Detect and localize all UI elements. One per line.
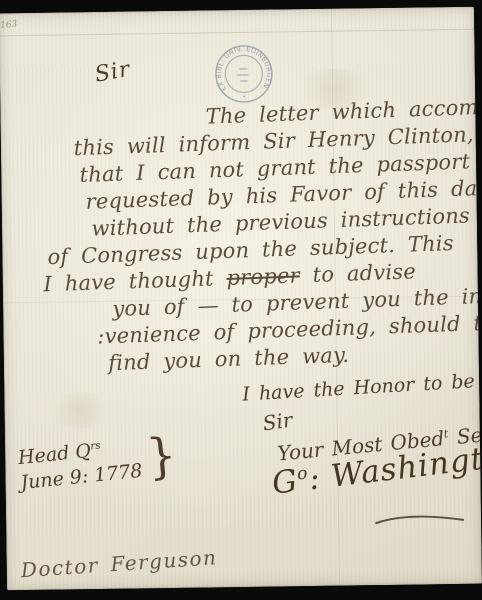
dateline: Head Qrs June 9: 1778 } — [17, 427, 179, 497]
body-line-segment: to advise — [299, 259, 416, 287]
dateline-place-superscript: rs — [90, 439, 102, 452]
stamp-inner-mark — [239, 68, 248, 70]
closing-honor-line: I have the Honor to be — — [242, 369, 482, 406]
signature-flourish — [374, 512, 466, 527]
closing-salutation: Sir — [261, 408, 294, 436]
stamp-inner-mark — [237, 74, 249, 76]
photo-background: 163 EX BIBL. UNIV. EDINBURGEN. Sir The l… — [0, 0, 482, 600]
paper-stain — [44, 392, 114, 429]
stamp-inner-mark — [240, 80, 248, 82]
dateline-lines: Head Qrs June 9: 1778 — [17, 434, 143, 493]
struck-word: proper — [226, 263, 300, 290]
letter-body: The letter which accompanies, this will … — [67, 94, 480, 378]
salutation: Sir — [93, 57, 132, 88]
body-line-segment: I have thought — [43, 266, 227, 296]
addressee-line: Doctor Ferguson — [20, 545, 218, 582]
letter-paper: 163 EX BIBL. UNIV. EDINBURGEN. Sir The l… — [0, 7, 482, 591]
dateline-brace: } — [144, 426, 179, 485]
paper-crease-horizontal — [0, 29, 474, 37]
dateline-place-text: Head Q — [17, 439, 92, 468]
archival-number: 163 — [0, 20, 18, 31]
